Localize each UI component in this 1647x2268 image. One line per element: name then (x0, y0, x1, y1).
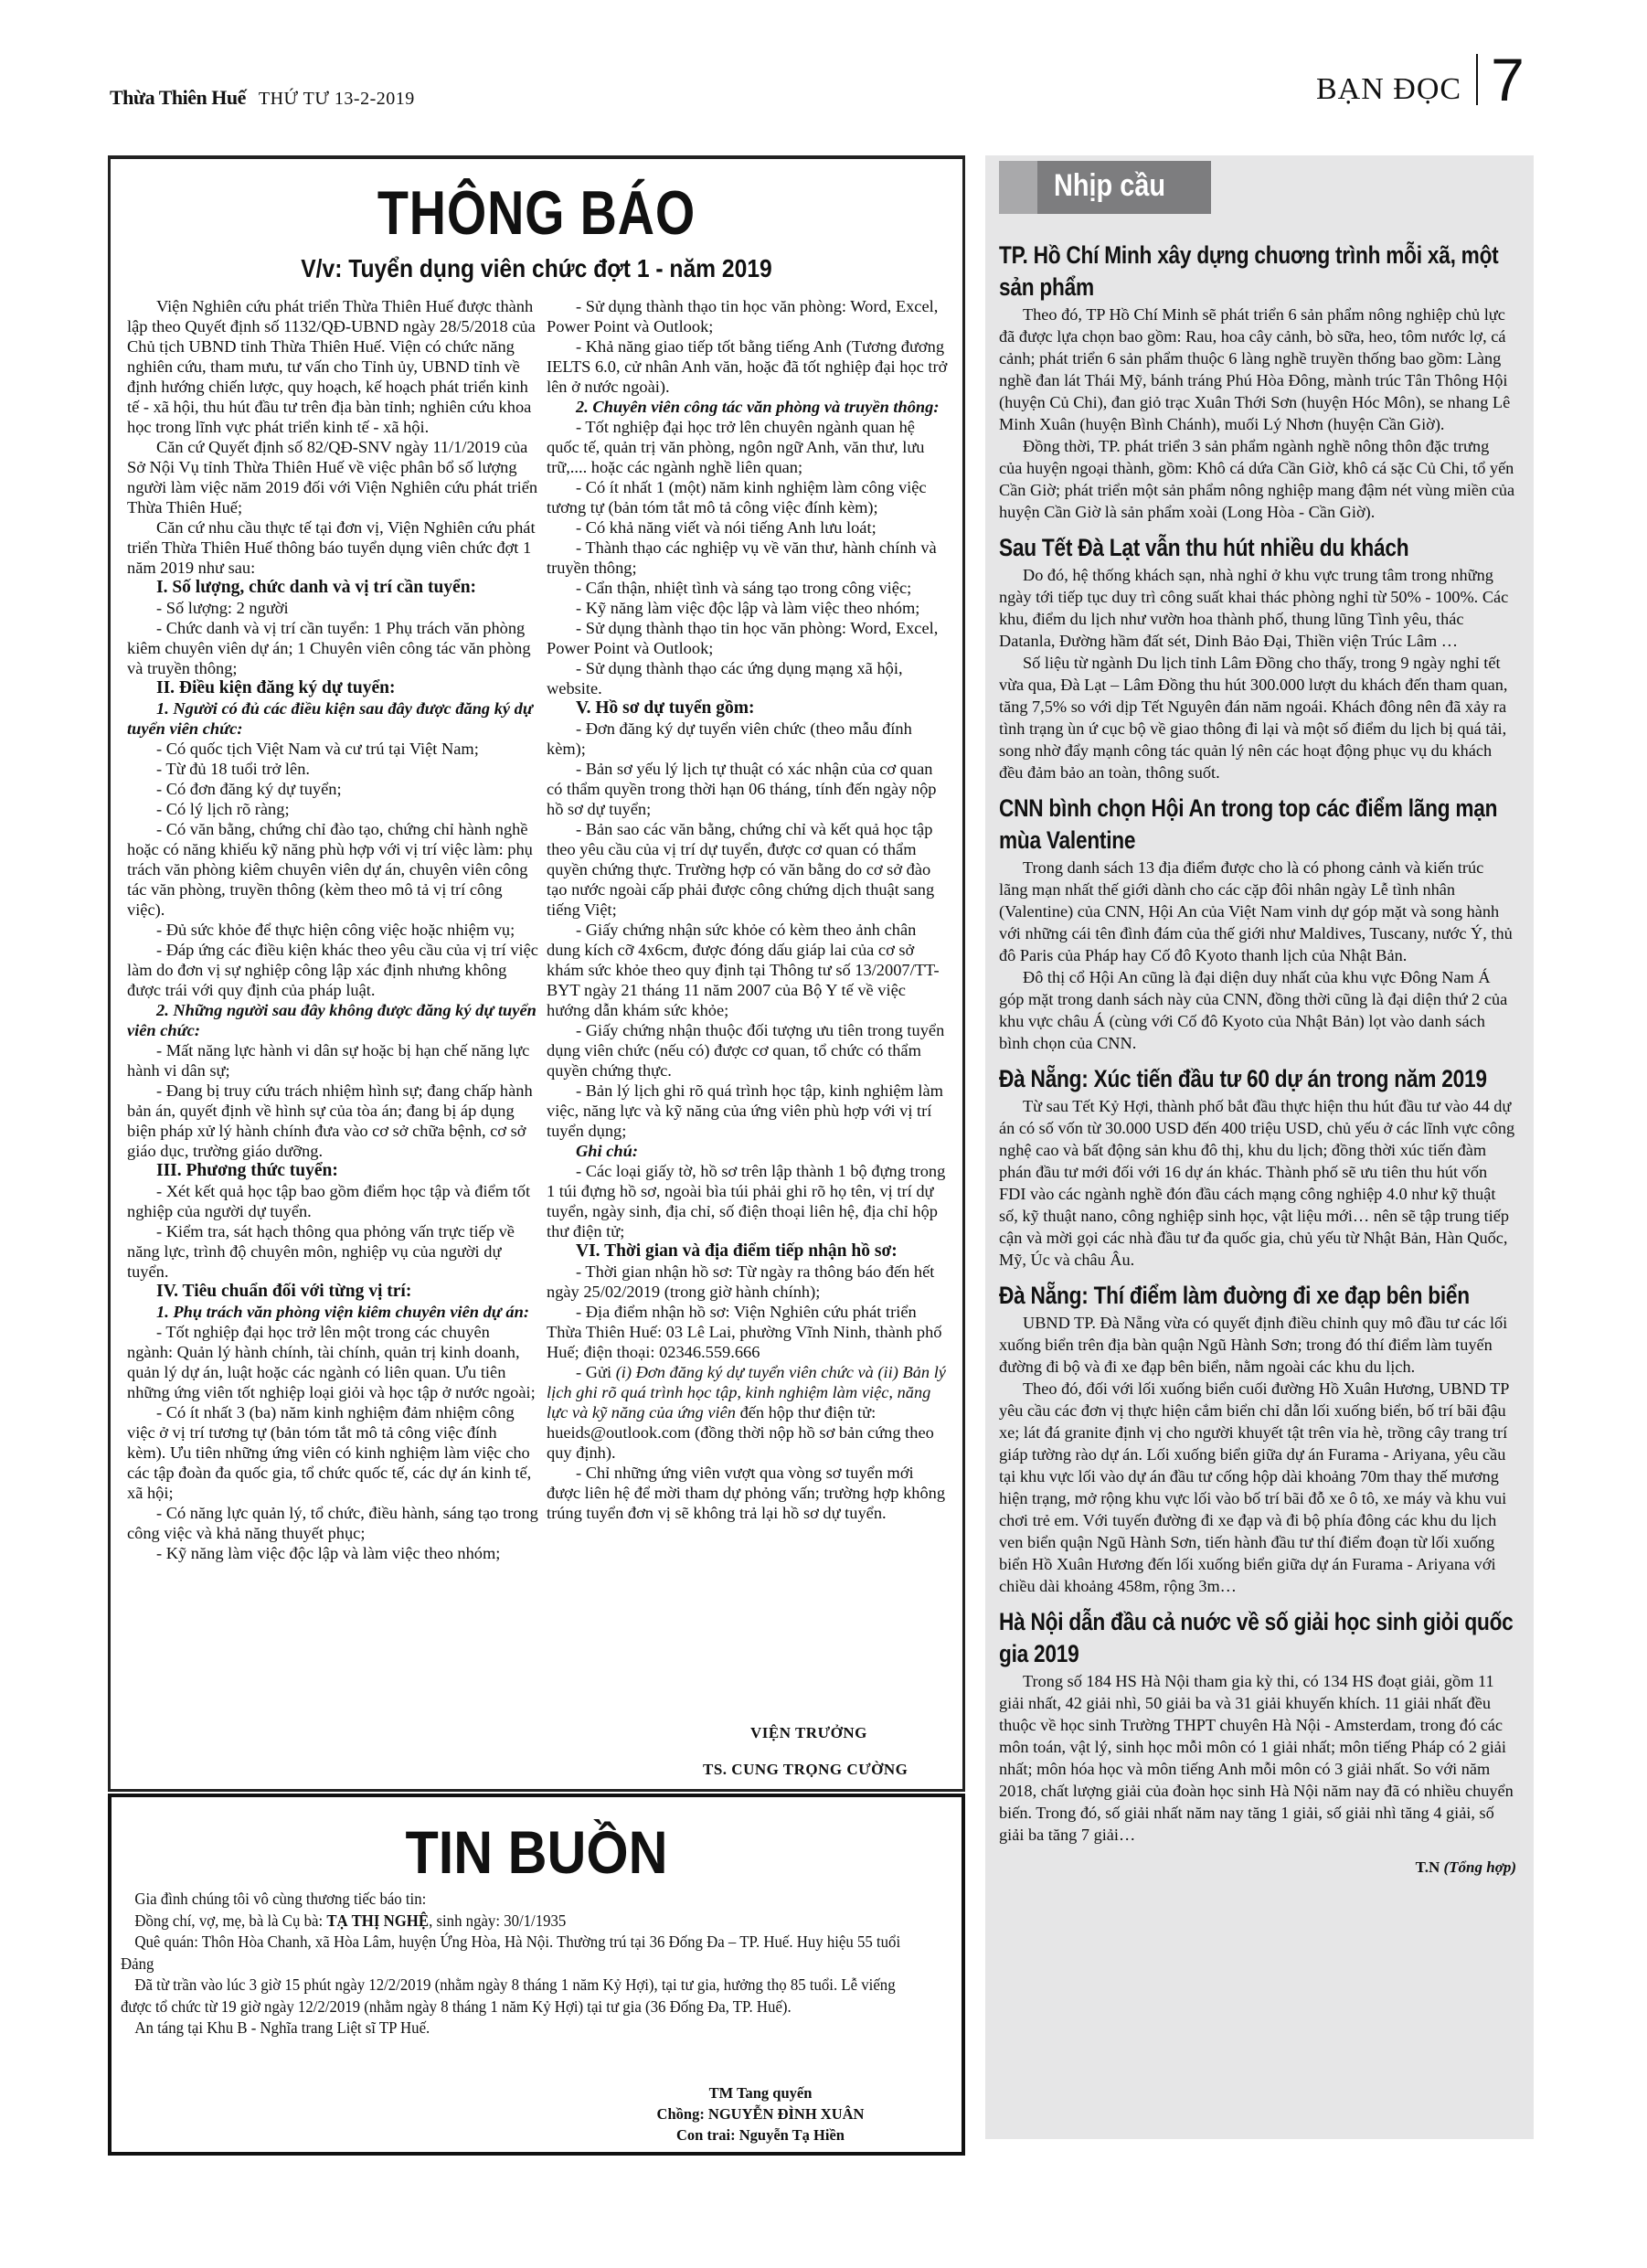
page-number: 7 (1491, 49, 1525, 110)
obituary-line: An táng tại Khu B - Nghĩa trang Liệt sĩ … (121, 2018, 910, 2039)
article-paragraph: Theo đó, đối với lối xuống biển cuối đườ… (999, 1378, 1516, 1597)
notice-paragraph: - Đáp ứng các điều kiện khác theo yêu cầ… (127, 940, 538, 1000)
obituary-title: TIN BUỒN (154, 1817, 919, 1887)
obituary-line: Đồng chí, vợ, mẹ, bà là Cụ bà: TẠ THỊ NG… (121, 1911, 910, 1933)
notice-paragraph: - Giấy chứng nhận sức khỏe có kèm theo ả… (547, 920, 951, 1020)
notice-paragraph: - Kỹ năng làm việc độc lập và làm việc t… (127, 1543, 538, 1563)
notice-paragraph: - Sử dụng thành thạo các ứng dụng mạng x… (547, 658, 951, 698)
notice-title: THÔNG BÁO (187, 177, 886, 249)
section-header: BẠN ĐỌC 7 (1316, 49, 1525, 110)
news-article: Đà Nẵng: Thí điểm làm đuờng đi xe đạp bê… (999, 1280, 1516, 1597)
notice-paragraph: - Sử dụng thành thạo tin học văn phòng: … (547, 296, 951, 336)
news-sidebar: Nhịp cầu TP. Hồ Chí Minh xây dựng chuơng… (985, 155, 1534, 2139)
news-article: Sau Tết Đà Lạt vẫn thu hút nhiều du khác… (999, 532, 1516, 783)
notice-paragraph: - Cẩn thận, nhiệt tình và sáng tạo trong… (547, 578, 951, 598)
notice-paragraph: - Chức danh và vị trí cần tuyển: 1 Phụ t… (127, 618, 538, 678)
notice-paragraph: - Bản lý lịch ghi rõ quá trình học tập, … (547, 1081, 951, 1141)
notice-paragraph: - Có khả năng viết và nói tiếng Anh lưu … (547, 517, 951, 538)
news-article: Đà Nẵng: Xúc tiến đầu tư 60 dự án trong … (999, 1063, 1516, 1271)
note-label: Ghi chú: (547, 1141, 951, 1161)
notice-paragraph: - Bản sơ yếu lý lịch tự thuật có xác nhậ… (547, 759, 951, 819)
section-heading: I. Số lượng, chức danh và vị trí cần tuy… (127, 578, 538, 598)
notice-paragraph: - Đang bị truy cứu trách nhiệm hình sự; … (127, 1081, 538, 1161)
issue-date: THỨ TƯ 13-2-2019 (259, 89, 415, 110)
notice-paragraph: - Mất năng lực hành vi dân sự hoặc bị hạ… (127, 1040, 538, 1081)
notice-paragraph: - Tốt nghiệp đại học trở lên một trong c… (127, 1322, 538, 1402)
deceased-name: TẠ THỊ NGHỆ (326, 1911, 429, 1930)
notice-paragraph: - Có quốc tịch Việt Nam và cư trú tại Vi… (127, 739, 538, 759)
article-headline: Đà Nẵng: Xúc tiến đầu tư 60 dự án trong … (999, 1063, 1516, 1095)
obituary-signature: TM Tang quyến Chồng: NGUYỄN ĐÌNH XUÂN Co… (623, 2082, 898, 2146)
notice-paragraph: - Kỹ năng làm việc độc lập và làm việc t… (547, 598, 951, 618)
section-heading: III. Phương thức tuyển: (127, 1161, 538, 1181)
masthead: Thừa Thiên Huế THỨ TƯ 13-2-2019 (110, 86, 415, 110)
signature-name: TS. CUNG TRỌNG CƯỜNG (703, 1761, 908, 1779)
kicker-accent-strip (999, 161, 1037, 214)
article-paragraph: Trong số 184 HS Hà Nội tham gia kỳ thi, … (999, 1670, 1516, 1846)
notice-paragraph: Viện Nghiên cứu phát triển Thừa Thiên Hu… (127, 296, 538, 437)
news-article: TP. Hồ Chí Minh xây dựng chuơng trình mỗ… (999, 240, 1516, 523)
notice-paragraph: - Kiểm tra, sát hạch thông qua phỏng vấn… (127, 1221, 538, 1282)
obituary-line: Quê quán: Thôn Hòa Chanh, xã Hòa Lâm, hu… (121, 1932, 910, 1975)
notice-paragraph: - Tốt nghiệp đại học trở lên chuyên ngàn… (547, 417, 951, 477)
obituary-body: Gia đình chúng tôi vô cùng thương tiếc b… (121, 1889, 910, 2039)
obituary-line: Đã từ trần vào lúc 3 giờ 15 phút ngày 12… (121, 1975, 910, 2018)
notice-paragraph: - Có ít nhất 1 (một) năm kinh nghiệm làm… (547, 477, 951, 517)
section-name: BẠN ĐỌC (1316, 72, 1461, 107)
notice-paragraph: - Xét kết quả học tập bao gồm điểm học t… (127, 1181, 538, 1221)
notice-paragraph: - Giấy chứng nhận thuộc đối tượng ưu tiê… (547, 1020, 951, 1081)
notice-paragraph: - Từ đủ 18 tuổi trở lên. (127, 759, 538, 779)
notice-paragraph-final: - Chỉ những ứng viên vượt qua vòng sơ tu… (547, 1463, 951, 1523)
section-heading: II. Điều kiện đăng ký dự tuyển: (127, 678, 538, 698)
subsection-heading: 1. Phụ trách văn phòng viện kiêm chuyên … (127, 1302, 538, 1322)
notice-column-2: - Sử dụng thành thạo tin học văn phòng: … (547, 296, 951, 1523)
notice-paragraph: - Có đơn đăng ký dự tuyển; (127, 779, 538, 799)
notice-paragraph: Căn cứ Quyết định số 82/QĐ-SNV ngày 11/1… (127, 437, 538, 517)
article-headline: Hà Nội dẫn đầu cả nuớc về số giải học si… (999, 1606, 1516, 1670)
article-headline: Đà Nẵng: Thí điểm làm đuờng đi xe đạp bê… (999, 1280, 1516, 1312)
subsection-heading: 1. Người có đủ các điều kiện sau đây đượ… (127, 698, 538, 739)
notice-paragraph: - Có ít nhất 3 (ba) năm kinh nghiệm đảm … (127, 1402, 538, 1503)
notice-column-1: Viện Nghiên cứu phát triển Thừa Thiên Hu… (127, 296, 538, 1563)
notice-subtitle: V/v: Tuyển dụng viên chức đợt 1 - năm 20… (162, 254, 911, 283)
news-article: Hà Nội dẫn đầu cả nuớc về số giải học si… (999, 1606, 1516, 1846)
section-divider (1476, 54, 1478, 105)
subsection-heading: 2. Chuyên viên công tác văn phòng và tru… (547, 397, 951, 417)
article-headline: TP. Hồ Chí Minh xây dựng chuơng trình mỗ… (999, 240, 1516, 303)
obituary-box: TIN BUỒN Gia đình chúng tôi vô cùng thươ… (108, 1794, 965, 2156)
section-heading: IV. Tiêu chuẩn đối với từng vị trí: (127, 1282, 538, 1302)
signature-title: VIỆN TRƯỞNG (750, 1724, 867, 1742)
notice-paragraph: - Các loại giấy tờ, hồ sơ trên lập thành… (547, 1161, 951, 1241)
kicker-label: Nhịp cầu (1054, 168, 1165, 204)
article-paragraph: Đô thị cổ Hội An cũng là đại diện duy nh… (999, 966, 1516, 1054)
notice-paragraph: - Sử dụng thành thạo tin học văn phòng: … (547, 618, 951, 658)
column-kicker: Nhịp cầu (999, 161, 1211, 214)
article-paragraph: Đồng thời, TP. phát triển 3 sản phẩm ngà… (999, 435, 1516, 523)
news-article: CNN bình chọn Hội An trong top các điểm … (999, 793, 1516, 1054)
notice-paragraph: - Có lý lịch rõ ràng; (127, 799, 538, 819)
notice-paragraph: - Đủ sức khỏe để thực hiện công việc hoặ… (127, 920, 538, 940)
notice-paragraph: - Địa điểm nhận hồ sơ: Viện Nghiên cứu p… (547, 1302, 951, 1362)
article-paragraph: Từ sau Tết Kỷ Hợi, thành phố bắt đầu thự… (999, 1095, 1516, 1271)
notice-paragraph-send: - Gửi (i) Đơn đăng ký dự tuyển viên chức… (547, 1362, 951, 1463)
article-paragraph: Số liệu từ ngành Du lịch tỉnh Lâm Đồng c… (999, 652, 1516, 783)
notice-paragraph: - Khả năng giao tiếp tốt bằng tiếng Anh … (547, 336, 951, 397)
notice-paragraph: - Đơn đăng ký dự tuyển viên chức (theo m… (547, 719, 951, 759)
notice-paragraph: - Có văn bằng, chứng chỉ đào tạo, chứng … (127, 819, 538, 920)
article-headline: CNN bình chọn Hội An trong top các điểm … (999, 793, 1516, 857)
article-headline: Sau Tết Đà Lạt vẫn thu hút nhiều du khác… (999, 532, 1516, 564)
newspaper-name: Thừa Thiên Huế (110, 86, 246, 110)
notice-paragraph: - Bản sao các văn bằng, chứng chỉ và kết… (547, 819, 951, 920)
article-paragraph: UBND TP. Đà Nẵng vừa có quyết định điều … (999, 1312, 1516, 1378)
sidebar-articles: TP. Hồ Chí Minh xây dựng chuơng trình mỗ… (999, 240, 1516, 1877)
notice-paragraph: - Thành thạo các nghiệp vụ về văn thư, h… (547, 538, 951, 578)
notice-paragraph: - Thời gian nhận hồ sơ: Từ ngày ra thông… (547, 1262, 951, 1302)
notice-paragraph: - Số lượng: 2 người (127, 598, 538, 618)
section-heading: VI. Thời gian và địa điểm tiếp nhận hồ s… (547, 1241, 951, 1262)
byline: T.N (Tổng hợp) (999, 1858, 1516, 1877)
notice-paragraph: Căn cứ nhu cầu thực tế tại đơn vị, Viện … (127, 517, 538, 578)
subsection-heading: 2. Những người sau đây không được đăng k… (127, 1000, 538, 1040)
article-paragraph: Do đó, hệ thống khách sạn, nhà nghỉ ở kh… (999, 564, 1516, 652)
article-paragraph: Trong danh sách 13 địa điểm được cho là … (999, 857, 1516, 966)
recruitment-notice-box: THÔNG BÁO V/v: Tuyển dụng viên chức đợt … (108, 155, 965, 1792)
section-heading: V. Hồ sơ dự tuyển gồm: (547, 698, 951, 719)
article-paragraph: Theo đó, TP Hồ Chí Minh sẽ phát triển 6 … (999, 303, 1516, 435)
obituary-line: Gia đình chúng tôi vô cùng thương tiếc b… (121, 1889, 910, 1911)
notice-paragraph: - Có năng lực quản lý, tổ chức, điều hàn… (127, 1503, 538, 1543)
